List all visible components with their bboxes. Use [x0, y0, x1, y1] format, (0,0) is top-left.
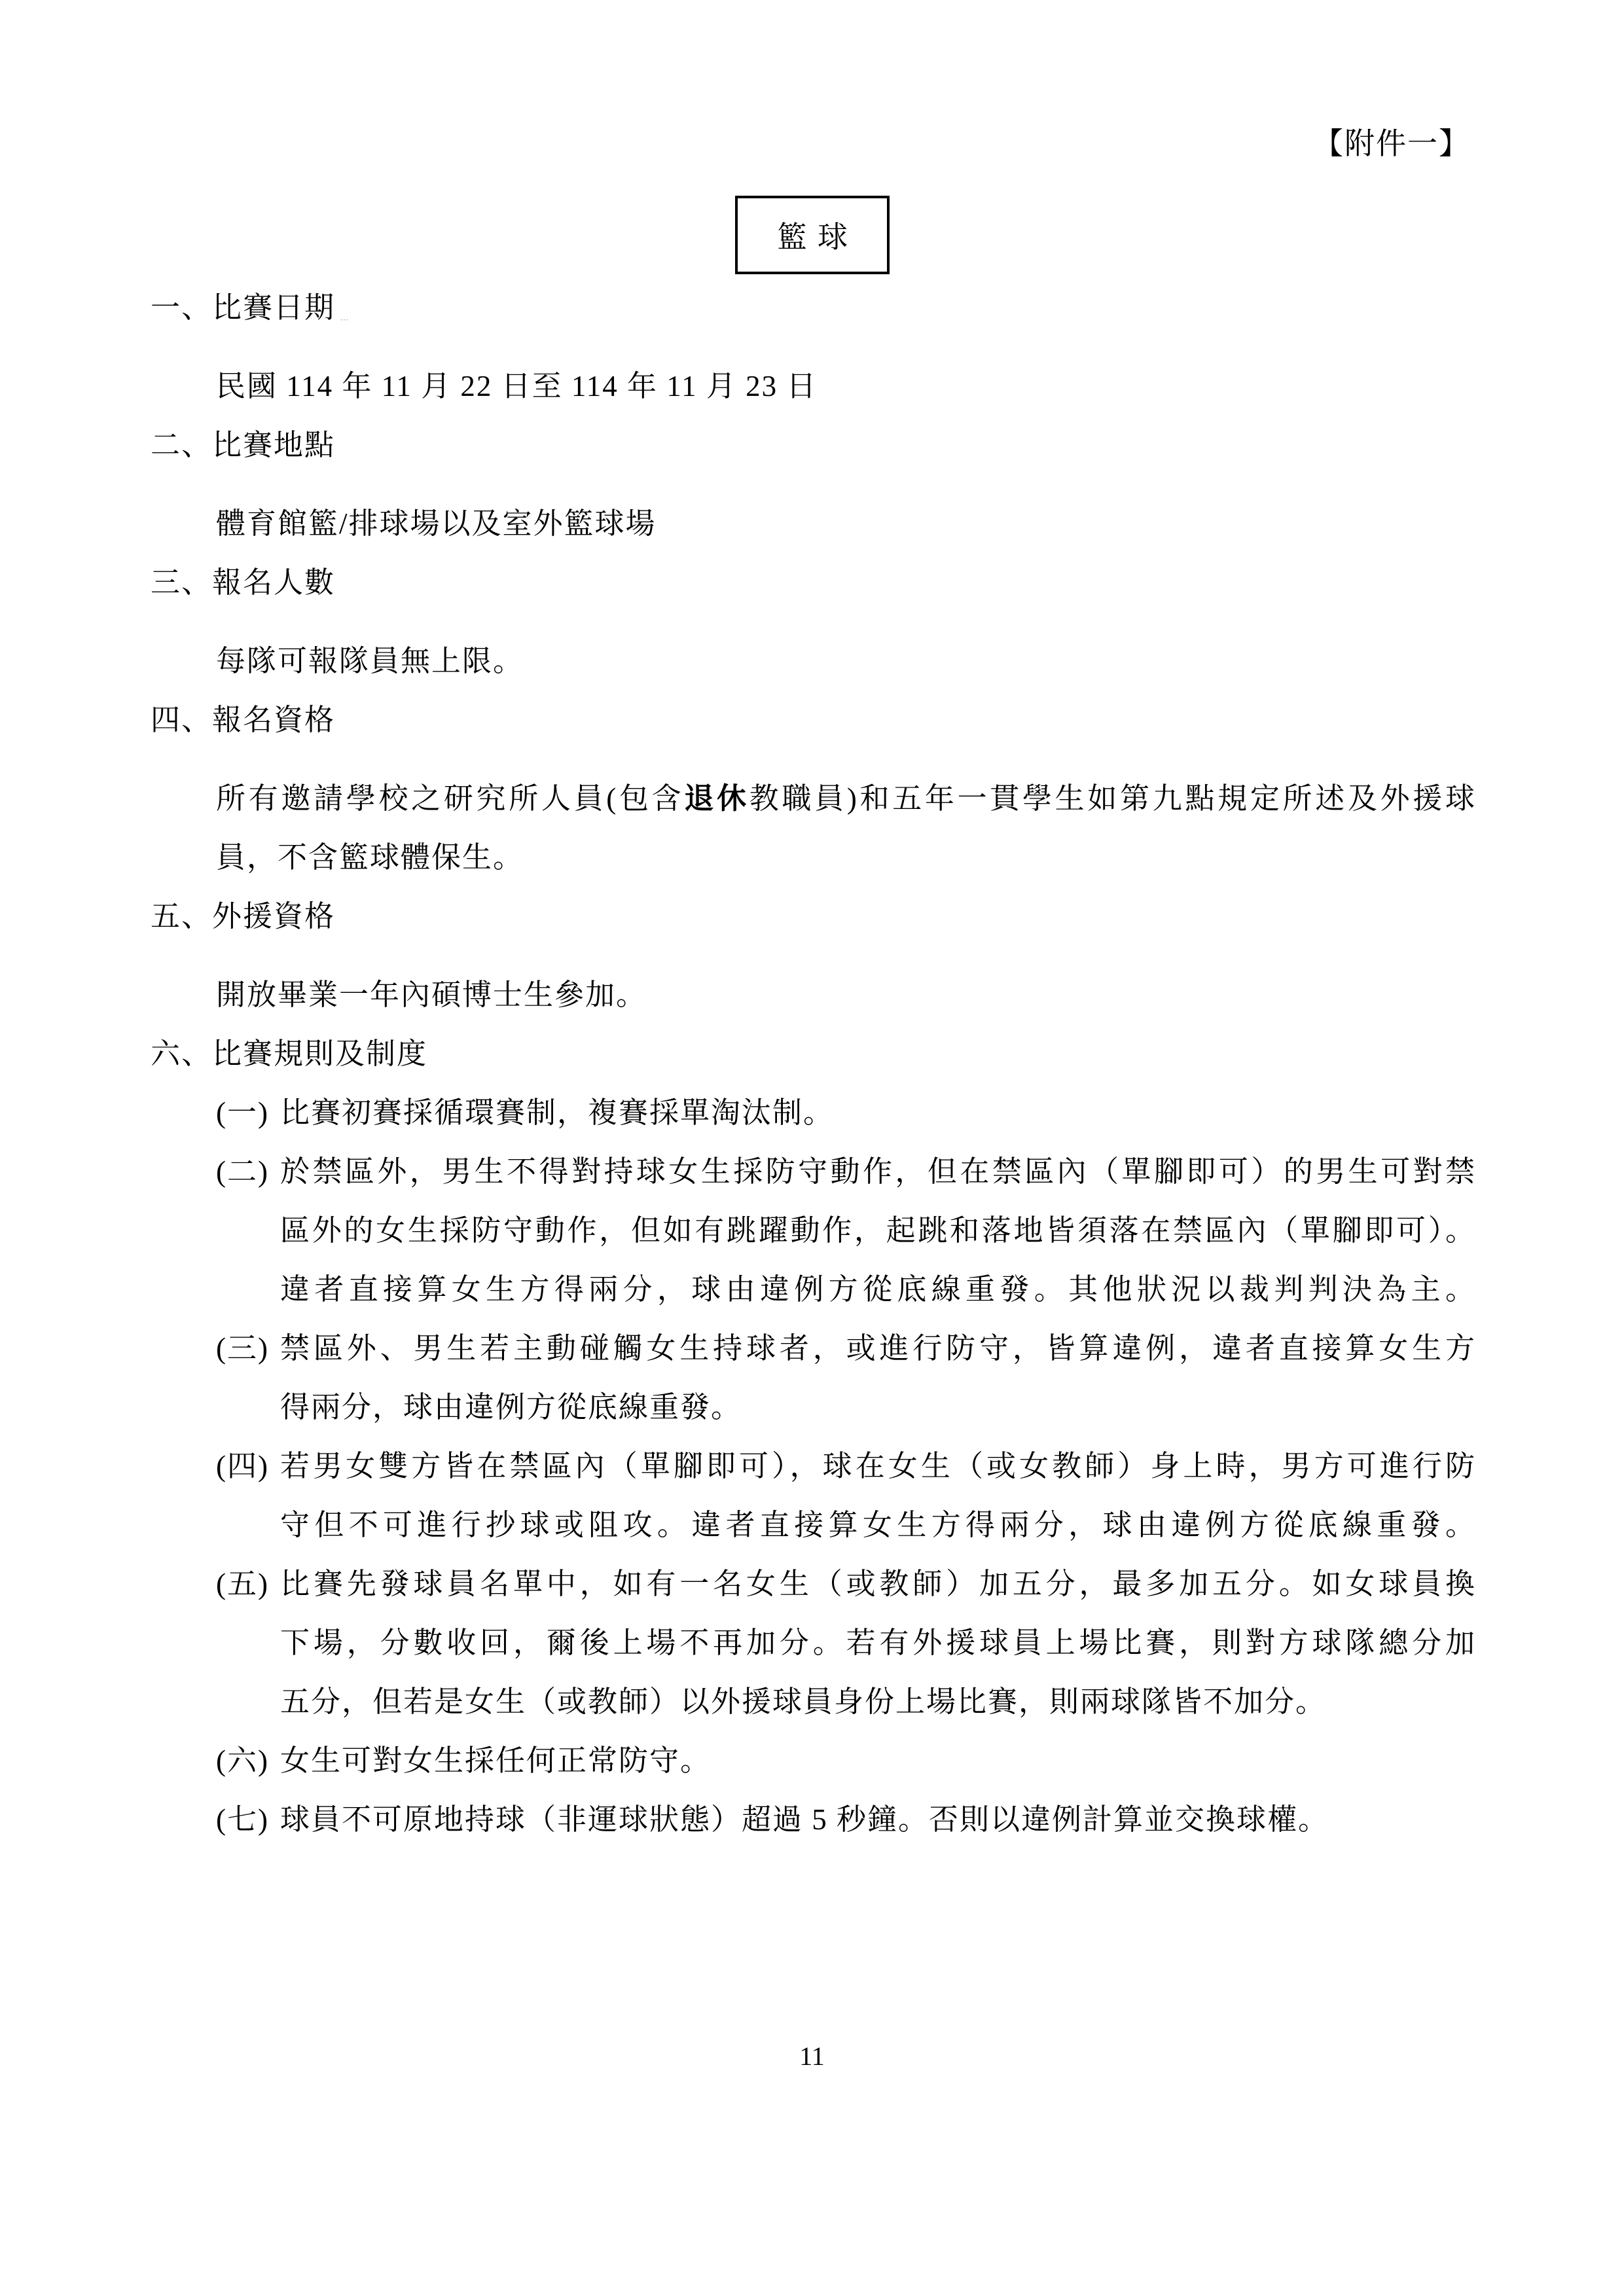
rule-3-line-2: 得兩分，球由違例方從底線重發。: [280, 1391, 1476, 1424]
rule-lines-3: 禁區外、男生若主動碰觸女生持球者，或進行防守，皆算違例，違者直接算女生方 得兩分…: [280, 1332, 1476, 1450]
rule-lines-6: 女生可對女生採任何正常防守。: [280, 1744, 1476, 1803]
rule-lines-4: 若男女雙方皆在禁區內（單腳即可），球在女生（或女教師）身上時，男方可進行防 守但…: [280, 1450, 1476, 1568]
section-4-line-1-post: 教職員)和五年一貫學生如第九點規定所述及外援球: [749, 782, 1476, 815]
rule-item-7: (七) 球員不可原地持球（非運球狀態）超過 5 秒鐘。否則以違例計算並交換球權。: [216, 1803, 1476, 1862]
section-2-body: 體育館籃/排球場以及室外籃球場: [216, 507, 1476, 540]
section-3-paragraph: 每隊可報隊員無上限。: [216, 645, 1476, 677]
rule-4-line-1: 若男女雙方皆在禁區內（單腳即可），球在女生（或女教師）身上時，男方可進行防: [280, 1450, 1476, 1482]
section-heading-6: 六、比賽規則及制度: [151, 1037, 1476, 1070]
rule-item-1: (一) 比賽初賽採循環賽制，複賽採單淘汰制。: [216, 1096, 1476, 1155]
rule-item-3: (三) 禁區外、男生若主動碰觸女生持球者，或進行防守，皆算違例，違者直接算女生方…: [216, 1332, 1476, 1450]
rule-2-line-1: 於禁區外，男生不得對持球女生採防守動作，但在禁區內（單腳即可）的男生可對禁: [280, 1155, 1476, 1188]
rule-6-line-1: 女生可對女生採任何正常防守。: [280, 1744, 1476, 1777]
section-4-line-1-bold: 退休: [684, 782, 749, 815]
rule-item-6: (六) 女生可對女生採任何正常防守。: [216, 1744, 1476, 1803]
rules-list: (一) 比賽初賽採循環賽制，複賽採單淘汰制。 (二) 於禁區外，男生不得對持球女…: [216, 1096, 1476, 1862]
page-title: 籃球: [777, 213, 858, 257]
rule-4-line-2: 守但不可進行抄球或阻攻。違者直接算女生方得兩分，球由違例方從底線重發。: [280, 1509, 1476, 1541]
rule-1-line-1: 比賽初賽採循環賽制，複賽採單淘汰制。: [280, 1096, 1476, 1129]
section-1-body: 民國 114 年 11 月 22 日至 114 年 11 月 23 日: [216, 370, 1476, 403]
section-heading-2: 二、比賽地點: [151, 429, 1476, 461]
section-1-paragraph: 民國 114 年 11 月 22 日至 114 年 11 月 23 日: [216, 370, 1476, 403]
attachment-label: 【附件一】: [1313, 120, 1470, 163]
rule-item-5: (五) 比賽先發球員名單中，如有一名女生（或教師）加五分，最多加五分。如女球員換…: [216, 1568, 1476, 1744]
section-heading-3: 三、報名人數: [151, 566, 1476, 599]
section-heading-5: 五、外援資格: [151, 900, 1476, 933]
section-4-line-2: 員，不含籃球體保生。: [216, 841, 1476, 874]
rule-7-line-1: 球員不可原地持球（非運球狀態）超過 5 秒鐘。否則以違例計算並交換球權。: [280, 1803, 1476, 1836]
rule-marker-2: (二): [216, 1155, 280, 1188]
rule-5-line-2: 下場，分數收回，爾後上場不再加分。若有外援球員上場比賽，則對方球隊總分加: [280, 1626, 1476, 1659]
section-4-line-1: 所有邀請學校之研究所人員(包含退休教職員)和五年一貫學生如第九點規定所述及外援球: [216, 782, 1476, 815]
section-5-body: 開放畢業一年內碩博士生參加。: [216, 978, 1476, 1011]
rule-item-4: (四) 若男女雙方皆在禁區內（單腳即可），球在女生（或女教師）身上時，男方可進行…: [216, 1450, 1476, 1568]
section-4-line-1-pre: 所有邀請學校之研究所人員(包含: [216, 782, 684, 815]
rule-lines-1: 比賽初賽採循環賽制，複賽採單淘汰制。: [280, 1096, 1476, 1155]
section-4-paragraph: 所有邀請學校之研究所人員(包含退休教職員)和五年一貫學生如第九點規定所述及外援球…: [216, 782, 1476, 874]
rule-marker-4: (四): [216, 1450, 280, 1482]
section-heading-1: 一、比賽日期∙∙∙: [151, 291, 1476, 324]
rule-lines-7: 球員不可原地持球（非運球狀態）超過 5 秒鐘。否則以違例計算並交換球權。: [280, 1803, 1476, 1862]
rule-marker-6: (六): [216, 1744, 280, 1777]
rule-marker-1: (一): [216, 1096, 280, 1129]
rule-2-line-3: 違者直接算女生方得兩分，球由違例方從底線重發。其他狀況以裁判判決為主。: [280, 1273, 1476, 1306]
rule-5-line-3: 五分，但若是女生（或教師）以外援球員身份上場比賽，則兩球隊皆不加分。: [280, 1685, 1476, 1718]
title-box: 籃球: [735, 196, 890, 274]
revision-mark: ∙∙∙: [340, 315, 349, 325]
section-heading-1-text: 一、比賽日期: [151, 291, 335, 324]
section-3-body: 每隊可報隊員無上限。: [216, 645, 1476, 677]
rule-marker-3: (三): [216, 1332, 280, 1365]
document-body: 一、比賽日期∙∙∙ 民國 114 年 11 月 22 日至 114 年 11 月…: [151, 291, 1476, 1862]
page-number: 11: [0, 2041, 1624, 2072]
rule-item-2: (二) 於禁區外，男生不得對持球女生採防守動作，但在禁區內（單腳即可）的男生可對…: [216, 1155, 1476, 1332]
section-2-paragraph: 體育館籃/排球場以及室外籃球場: [216, 507, 1476, 540]
rule-2-line-2: 區外的女生採防守動作，但如有跳躍動作，起跳和落地皆須落在禁區內（單腳即可）。: [280, 1214, 1476, 1247]
rule-5-line-1: 比賽先發球員名單中，如有一名女生（或教師）加五分，最多加五分。如女球員換: [280, 1568, 1476, 1600]
rule-lines-2: 於禁區外，男生不得對持球女生採防守動作，但在禁區內（單腳即可）的男生可對禁 區外…: [280, 1155, 1476, 1332]
section-heading-4: 四、報名資格: [151, 704, 1476, 736]
rule-marker-5: (五): [216, 1568, 280, 1600]
rule-marker-7: (七): [216, 1803, 280, 1836]
rule-3-line-1: 禁區外、男生若主動碰觸女生持球者，或進行防守，皆算違例，違者直接算女生方: [280, 1332, 1476, 1365]
section-5-paragraph: 開放畢業一年內碩博士生參加。: [216, 978, 1476, 1011]
rule-lines-5: 比賽先發球員名單中，如有一名女生（或教師）加五分，最多加五分。如女球員換 下場，…: [280, 1568, 1476, 1744]
document-page: 【附件一】 籃球 一、比賽日期∙∙∙ 民國 114 年 11 月 22 日至 1…: [0, 0, 1624, 2296]
